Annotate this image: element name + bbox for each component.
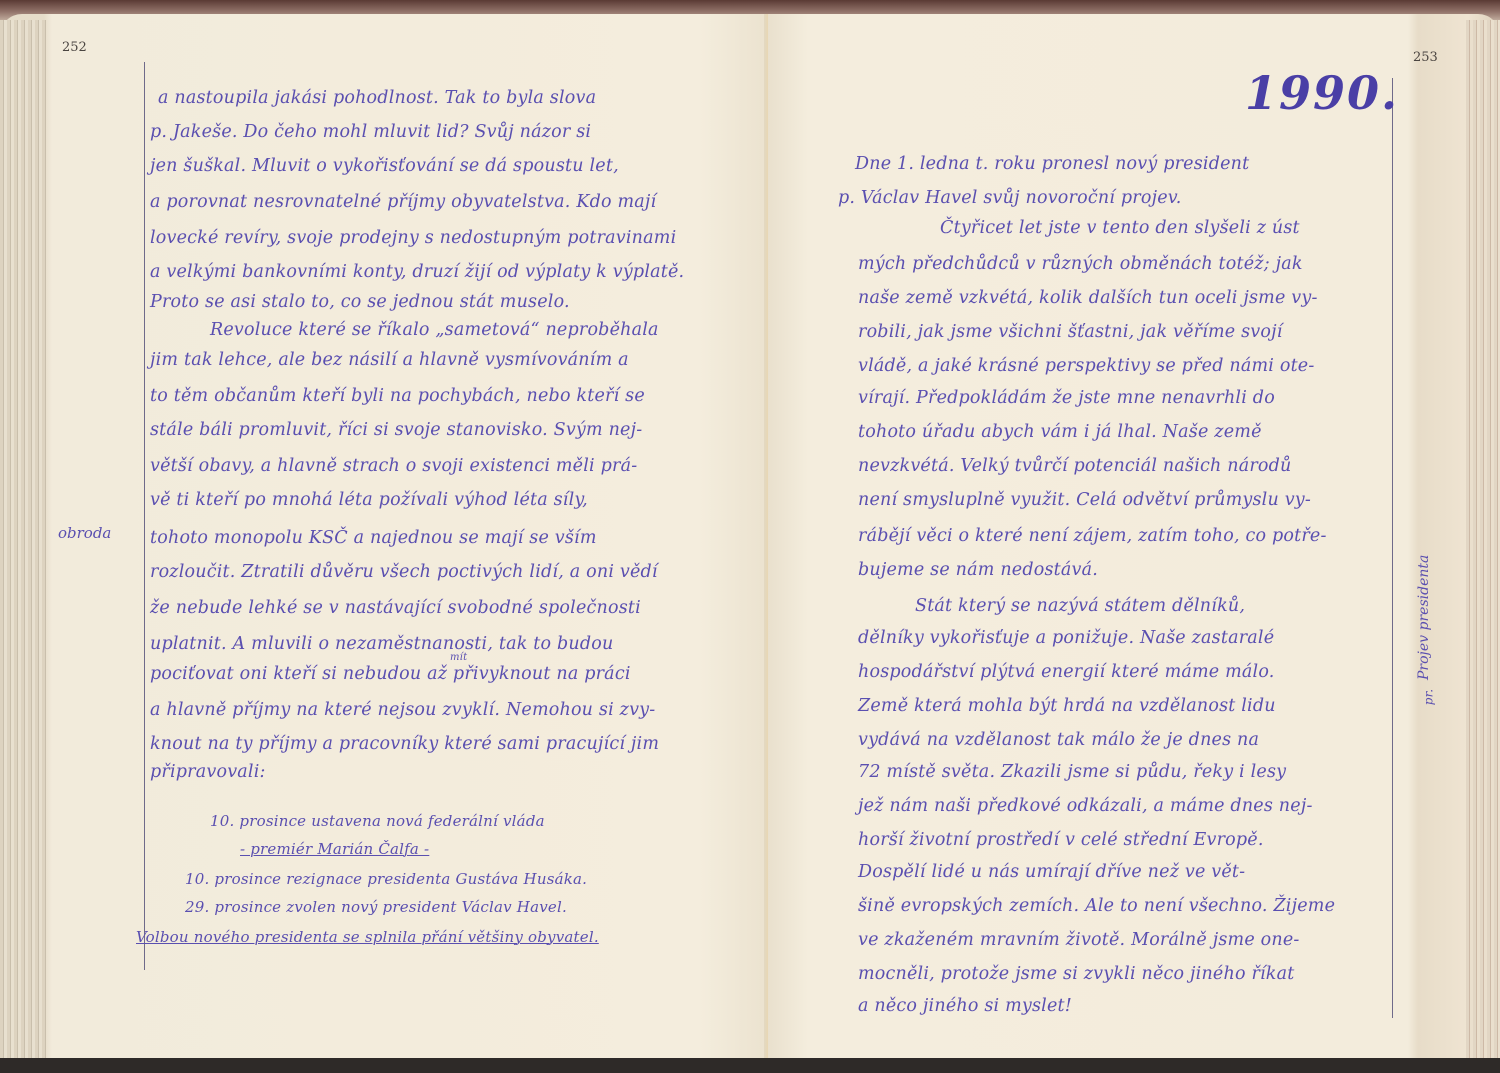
right-margin-note-text: Projev presidenta (1416, 555, 1432, 680)
text-line: rábějí věci o které není zájem, zatím to… (858, 526, 1327, 546)
text-line: vě ti kteří po mnohá léta požívali výhod… (150, 490, 588, 510)
text-line: jež nám naši předkové odkázali, a máme d… (858, 796, 1313, 816)
text-line: p. Václav Havel svůj novoroční projev. (838, 188, 1182, 208)
text-line: připravovali: (150, 762, 266, 782)
text-line: Čtyřicet let jste v tento den slyšeli z … (940, 218, 1300, 238)
text-line: vydává na vzdělanost tak málo že je dnes… (858, 730, 1259, 750)
text-line: robili, jak jsme všichni šťastni, jak vě… (858, 322, 1283, 342)
year-heading: 1990. (1245, 66, 1399, 120)
text-line: a něco jiného si myslet! (858, 996, 1072, 1016)
text-line: jen šuškal. Mluvit o vykořisťování se dá… (150, 156, 619, 176)
left-margin-line (144, 62, 145, 970)
text-line: šině evropských zemích. Ale to není všec… (858, 896, 1335, 916)
text-line: 72 místě světa. Zkazili jsme si půdu, ře… (858, 762, 1286, 782)
text-line: a nastoupila jakási pohodlnost. Tak to b… (158, 88, 596, 108)
text-line: bujeme se nám nedostává. (858, 560, 1098, 580)
background-table (0, 1058, 1500, 1073)
text-line: dělníky vykořisťuje a ponižuje. Naše zas… (858, 628, 1274, 648)
text-line: a porovnat nesrovnatelné příjmy obyvatel… (150, 192, 656, 212)
text-line: vírají. Předpokládám že jste mne nenavrh… (858, 388, 1275, 408)
event-line: - premiér Marián Čalfa - (240, 840, 429, 858)
event-line: Volbou nového presidenta se splnila přán… (136, 928, 599, 946)
text-line: ve zkaženém mravním životě. Morálně jsme… (858, 930, 1300, 950)
right-page-number: 253 (1413, 50, 1438, 65)
text-line: jim tak lehce, ale bez násilí a hlavně v… (150, 350, 629, 370)
text-line: Stát který se nazývá státem dělníků, (915, 596, 1245, 616)
text-line: větší obavy, a hlavně strach o svoji exi… (150, 456, 637, 476)
text-line: lovecké revíry, svoje prodejny s nedostu… (150, 228, 676, 248)
text-line: a hlavně příjmy na které nejsou zvyklí. … (150, 700, 655, 720)
text-line: Proto se asi stalo to, co se jednou stát… (150, 292, 570, 312)
text-line: tohoto monopolu KSČ a najednou se mají s… (150, 528, 597, 548)
text-line: stále báli promluvit, říci si svoje stan… (150, 420, 642, 440)
text-line: horší životní prostředí v celé střední E… (858, 830, 1264, 850)
text-line: uplatnit. A mluvili o nezaměstnanosti, t… (150, 634, 614, 654)
text-line: mých předchůdců v různých obměnách totéž… (858, 254, 1303, 274)
event-line: 10. prosince ustavena nová federální vlá… (210, 812, 545, 830)
right-margin-note: Projev presidenta (1408, 480, 1448, 700)
text-line: a velkými bankovními konty, druzí žijí o… (150, 262, 684, 282)
text-line: Země která mohla být hrdá na vzdělanost … (858, 696, 1276, 716)
text-line: Revoluce které se říkalo „sametová“ nepr… (210, 320, 659, 340)
left-page-stack (0, 20, 46, 1058)
text-line: rozloučit. Ztratili důvěru všech poctivý… (150, 562, 658, 582)
text-line: že nebude lehké se v nastávající svobodn… (150, 598, 641, 618)
open-chronicle-book: 252 obroda a nastoupila jakási pohodlnos… (0, 0, 1500, 1073)
event-line: 29. prosince zvolen nový president Václa… (185, 898, 567, 916)
right-margin-line (1392, 78, 1393, 1018)
text-line: Dospělí lidé u nás umírají dříve než ve … (858, 862, 1245, 882)
right-margin-note-small: pr. (1421, 689, 1435, 706)
text-line: pociťovat oni kteří si nebudou až přivyk… (150, 664, 631, 684)
right-page-stack (1466, 20, 1500, 1058)
text-line: nevzkvétá. Velký tvůrčí potenciál našich… (858, 456, 1292, 476)
text-line: to těm občanům kteří byli na pochybách, … (150, 386, 645, 406)
text-line: není smysluplně využit. Celá odvětví prů… (858, 490, 1311, 510)
text-line: Dne 1. ledna t. roku pronesl nový presid… (855, 154, 1249, 174)
text-line: tohoto úřadu abych vám i já lhal. Naše z… (858, 422, 1262, 442)
text-line: vládě, a jaké krásné perspektivy se před… (858, 356, 1314, 376)
event-line: 10. prosince rezignace presidenta Gustáv… (185, 870, 587, 888)
left-margin-note: obroda (58, 524, 111, 542)
text-line: naše země vzkvétá, kolik dalších tun oce… (858, 288, 1318, 308)
left-page-number: 252 (62, 40, 87, 55)
text-line: p. Jakeše. Do čeho mohl mluvit lid? Svůj… (150, 122, 591, 142)
superscript-insertion: mít (450, 652, 467, 663)
text-line: hospodářství plýtvá energií které máme m… (858, 662, 1275, 682)
text-line: knout na ty příjmy a pracovníky které sa… (150, 734, 659, 754)
text-line: mocněli, protože jsme si zvykli něco jin… (858, 964, 1294, 984)
